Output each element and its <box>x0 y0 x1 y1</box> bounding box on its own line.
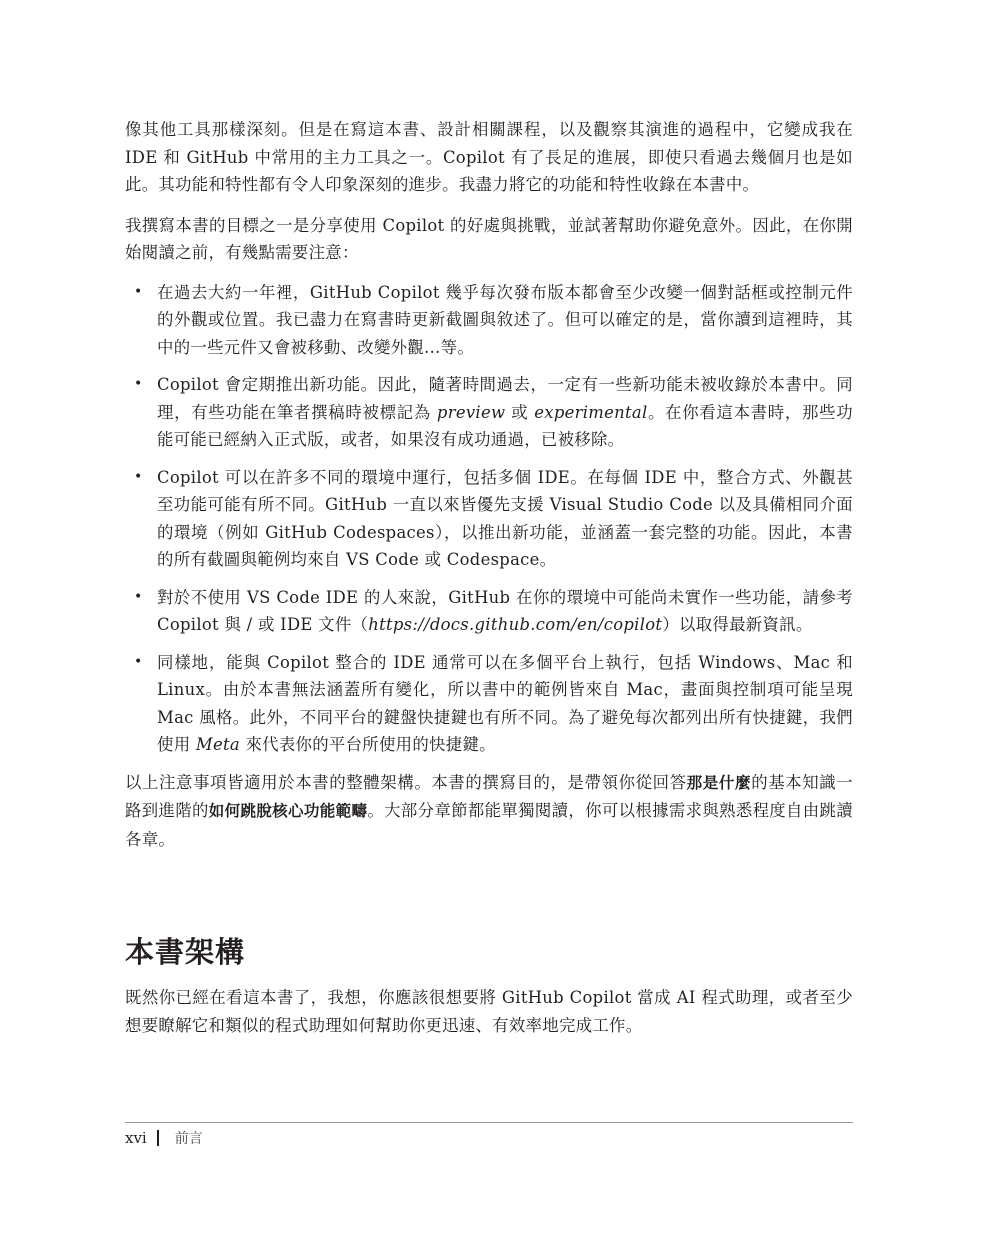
bullet-icon: • <box>134 649 143 677</box>
term-preview: preview <box>437 403 505 422</box>
summary-text: 以上注意事項皆適用於本書的整體架構。本書的撰寫目的，是帶領你從回答 <box>125 773 687 792</box>
term-meta: Meta <box>196 735 240 754</box>
list-item-text: 來代表你的平台所使用的快捷鍵。 <box>240 735 496 754</box>
list-item-text: ）以取得最新資訊。 <box>662 615 812 634</box>
page-footer: xvi 前言 <box>125 1128 203 1148</box>
footer-separator <box>157 1130 159 1146</box>
list-item: • Copilot 可以在許多不同的環境中運行，包括多個 IDE。在每個 IDE… <box>125 464 853 574</box>
list-item-text: Copilot 可以在許多不同的環境中運行，包括多個 IDE。在每個 IDE 中… <box>157 468 853 570</box>
paragraph-summary: 以上注意事項皆適用於本書的整體架構。本書的撰寫目的，是帶領你從回答那是什麼的基本… <box>125 769 853 854</box>
list-item: • 同樣地，能與 Copilot 整合的 IDE 通常可以在多個平台上執行，包括… <box>125 649 853 759</box>
list-item-text: 在過去大約一年裡，GitHub Copilot 幾乎每次發布版本都會至少改變一個… <box>157 283 853 357</box>
bullet-icon: • <box>134 584 143 612</box>
emphasis-beyond-core: 如何跳脫核心功能範疇 <box>209 802 368 820</box>
footer-divider <box>125 1122 853 1123</box>
list-item: • 在過去大約一年裡，GitHub Copilot 幾乎每次發布版本都會至少改變… <box>125 279 853 362</box>
page-body: 像其他工具那樣深刻。但是在寫這本書、設計相關課程，以及觀察其演進的過程中，它變成… <box>125 116 853 853</box>
section-heading: 本書架構 <box>125 930 245 971</box>
docs-link[interactable]: https://docs.github.com/en/copilot <box>368 615 662 634</box>
list-item: • 對於不使用 VS Code IDE 的人來說，GitHub 在你的環境中可能… <box>125 584 853 639</box>
term-experimental: experimental <box>534 403 647 422</box>
chapter-title: 前言 <box>175 1128 203 1148</box>
page-number: xvi <box>125 1129 147 1147</box>
list-item-text: 或 <box>505 403 534 422</box>
list-item: • Copilot 會定期推出新功能。因此，隨著時間過去，一定有一些新功能未被收… <box>125 371 853 454</box>
bullet-icon: • <box>134 371 143 399</box>
bullet-icon: • <box>134 279 143 307</box>
emphasis-what-is-it: 那是什麼 <box>687 774 752 792</box>
paragraph-intro-continued: 像其他工具那樣深刻。但是在寫這本書、設計相關課程，以及觀察其演進的過程中，它變成… <box>125 116 853 199</box>
bullet-icon: • <box>134 464 143 492</box>
paragraph-section-intro: 既然你已經在看這本書了，我想，你應該很想要將 GitHub Copilot 當成… <box>125 984 853 1039</box>
paragraph-goals: 我撰寫本書的目標之一是分享使用 Copilot 的好處與挑戰，並試著幫助你避免意… <box>125 212 853 267</box>
notes-list: • 在過去大約一年裡，GitHub Copilot 幾乎每次發布版本都會至少改變… <box>125 279 853 759</box>
